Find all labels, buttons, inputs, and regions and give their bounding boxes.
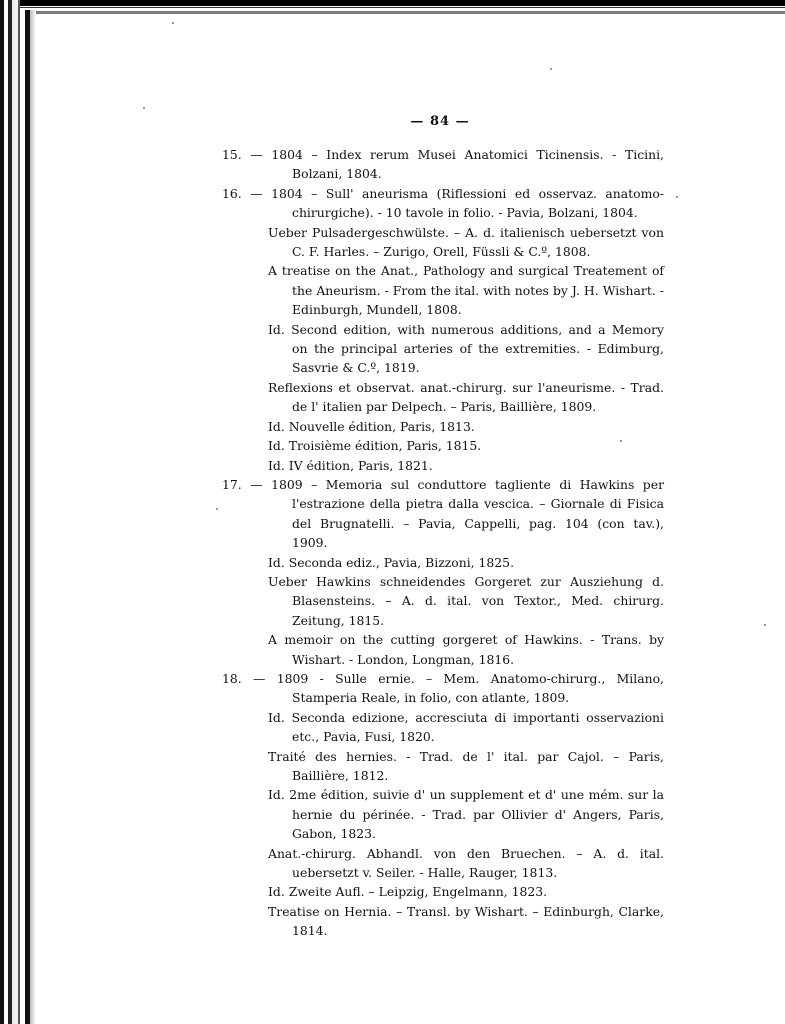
scan-speck <box>764 624 766 626</box>
scan-top-edge <box>20 0 785 10</box>
entry-16-french-iv-edition: Id. IV édition, Paris, 1821. <box>222 456 664 475</box>
bibliography-list: 15. — 1804 – Index rerum Musei Anatomici… <box>222 145 664 941</box>
entry-16-french-translation: Reflexions et observat. anat.-chirurg. s… <box>222 378 664 417</box>
entry-15: 15. — 1804 – Index rerum Musei Anatomici… <box>222 145 664 184</box>
entry-17: 17. — 1809 – Memoria sul conduttore tagl… <box>222 475 664 553</box>
scan-top-rule <box>36 11 785 14</box>
entry-17-german-translation: Ueber Hawkins schneidendes Gorgeret zur … <box>222 572 664 630</box>
scan-binding-edge <box>0 0 36 1024</box>
entry-16-french-nouvelle-edition: Id. Nouvelle édition, Paris, 1813. <box>222 417 664 436</box>
scan-speck <box>620 440 622 442</box>
entry-17-english-translation: A memoir on the cutting gorgeret of Hawk… <box>222 630 664 669</box>
entry-17-seconda-ediz: Id. Seconda ediz., Pavia, Bizzoni, 1825. <box>222 553 664 572</box>
entry-18-german-translation: Anat.-chirurg. Abhandl. von den Bruechen… <box>222 844 664 883</box>
scan-speck <box>172 22 174 24</box>
entry-16-english-translation: A treatise on the Anat., Pathology and s… <box>222 261 664 319</box>
page-number: — 84 — <box>0 114 785 129</box>
entry-16-french-troisieme-edition: Id. Troisième édition, Paris, 1815. <box>222 436 664 455</box>
entry-18-seconda-edizione: Id. Seconda edizione, accresciuta di imp… <box>222 708 664 747</box>
entry-18-french-translation: Traité des hernies. - Trad. de l' ital. … <box>222 747 664 786</box>
scan-speck <box>143 107 145 109</box>
entry-18-french-2me-edition: Id. 2me édition, suivie d' un supplement… <box>222 785 664 843</box>
entry-16-english-second-edition: Id. Second edition, with numerous additi… <box>222 320 664 378</box>
entry-18-english-translation: Treatise on Hernia. – Transl. by Wishart… <box>222 902 664 941</box>
entry-18: 18. — 1809 - Sulle ernie. – Mem. Anatomo… <box>222 669 664 708</box>
scan-speck <box>550 68 552 70</box>
entry-16: 16. — 1804 – Sull' aneurisma (Riflession… <box>222 184 664 223</box>
scan-speck <box>676 196 678 198</box>
entry-16-german-translation: Ueber Pulsadergeschwülste. – A. d. itali… <box>222 223 664 262</box>
scan-speck <box>216 508 218 510</box>
entry-18-german-zweite-aufl: Id. Zweite Aufl. – Leipzig, Engelmann, 1… <box>222 882 664 901</box>
